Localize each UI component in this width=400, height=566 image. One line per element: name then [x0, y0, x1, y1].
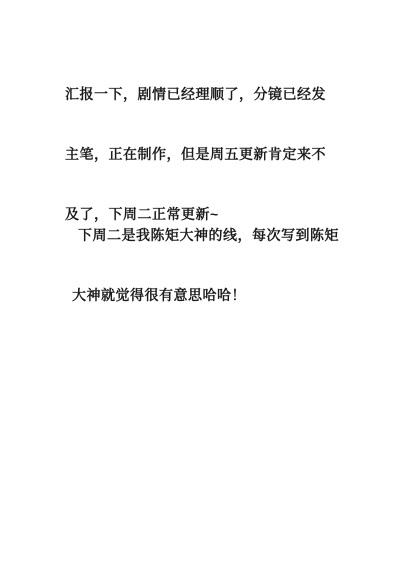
- comment-paragraph: 下周二是我陈矩大神的线，每次写到陈矩 大神就觉得很有意思哈哈！: [72, 185, 339, 345]
- page-background: 汇报一下，剧情已经理顺了，分镜已经发 主笔，正在制作，但是周五更新肯定来不 及了…: [0, 0, 400, 566]
- paragraph-line: 汇报一下，剧情已经理顺了，分镜已经发: [65, 84, 326, 104]
- paragraph-line: 大神就觉得很有意思哈哈！: [72, 285, 339, 305]
- paragraph-line: 主笔，正在制作，但是周五更新肯定来不: [65, 144, 326, 164]
- paragraph-line: 下周二是我陈矩大神的线，每次写到陈矩: [72, 225, 339, 245]
